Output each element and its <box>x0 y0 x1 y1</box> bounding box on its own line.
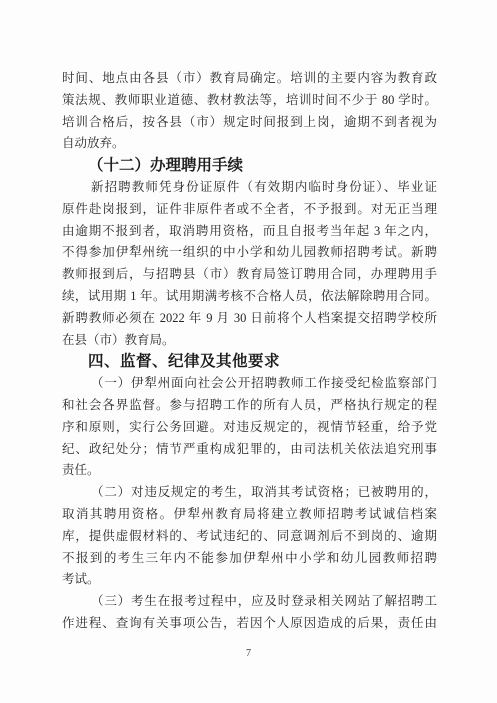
document-line: 作进程、查询有关事项公告，若因个人原因造成的后果，责任由 <box>62 613 437 635</box>
document-line: 自动放弃。 <box>62 133 437 155</box>
document-line: 不得参加伊犁州统一组织的中小学和幼儿园教师招聘考试。新聘 <box>62 242 437 264</box>
document-line: 由逾期不报到者，取消聘用资格，而且自报考当年起 3 年之内， <box>62 221 437 243</box>
page-number: 7 <box>0 648 497 659</box>
document-line: 在县（市）教育局。 <box>62 330 437 352</box>
document-line: 新招聘教师凭身份证原件（有效期内临时身份证）、毕业证 <box>62 177 437 199</box>
document-line: （二）对违反规定的考生，取消其考试资格；已被聘用的， <box>62 482 437 504</box>
document-line: 续，试用期 1 年。试用期满考核不合格人员，依法解除聘用合同。 <box>62 286 437 308</box>
section-heading-supervision: 四、监督、纪律及其他要求 <box>62 351 437 373</box>
document-line: 库，提供虚假材料的、考试违纪的、同意调剂后不到岗的、逾期 <box>62 526 437 548</box>
document-line: 不报到的考生三年内不能参加伊犁州中小学和幼儿园教师招聘 <box>62 548 437 570</box>
document-line: 策法规、教师职业道德、教材教法等，培训时间不少于 80 学时。 <box>62 90 437 112</box>
document-line: 序和原则，实行公务回避。对违反规定的，视情节轻重，给予党 <box>62 417 437 439</box>
document-line: 原件赴岗报到，证件非原件者或不全者，不予报到。对无正当理 <box>62 199 437 221</box>
document-line: 时间、地点由各县（市）教育局确定。培训的主要内容为教育政 <box>62 68 437 90</box>
document-line: 和社会各界监督。参与招聘工作的所有人员，严格执行规定的程 <box>62 395 437 417</box>
document-line: 培训合格后，按各县（市）规定时间报到上岗，逾期不到者视为 <box>62 112 437 134</box>
document-line: 考试。 <box>62 569 437 591</box>
document-line: 纪、政纪处分；情节严重构成犯罪的，由司法机关依法追究刑事 <box>62 439 437 461</box>
document-page: 时间、地点由各县（市）教育局确定。培训的主要内容为教育政 策法规、教师职业道德、… <box>0 0 497 703</box>
section-heading-hiring-procedure: （十二）办理聘用手续 <box>62 155 437 177</box>
document-line: 教师报到后，与招聘县（市）教育局签订聘用合同，办理聘用手 <box>62 264 437 286</box>
document-line: 新聘教师必须在 2022 年 9 月 30 日前将个人档案提交招聘学校所 <box>62 308 437 330</box>
document-line: （一）伊犁州面向社会公开招聘教师工作接受纪检监察部门 <box>62 373 437 395</box>
document-body: 时间、地点由各县（市）教育局确定。培训的主要内容为教育政 策法规、教师职业道德、… <box>62 68 437 635</box>
document-line: 取消其聘用资格。伊犁州教育局将建立教师招聘考试诚信档案 <box>62 504 437 526</box>
document-line: 责任。 <box>62 460 437 482</box>
document-line: （三）考生在报考过程中，应及时登录相关网站了解招聘工 <box>62 591 437 613</box>
